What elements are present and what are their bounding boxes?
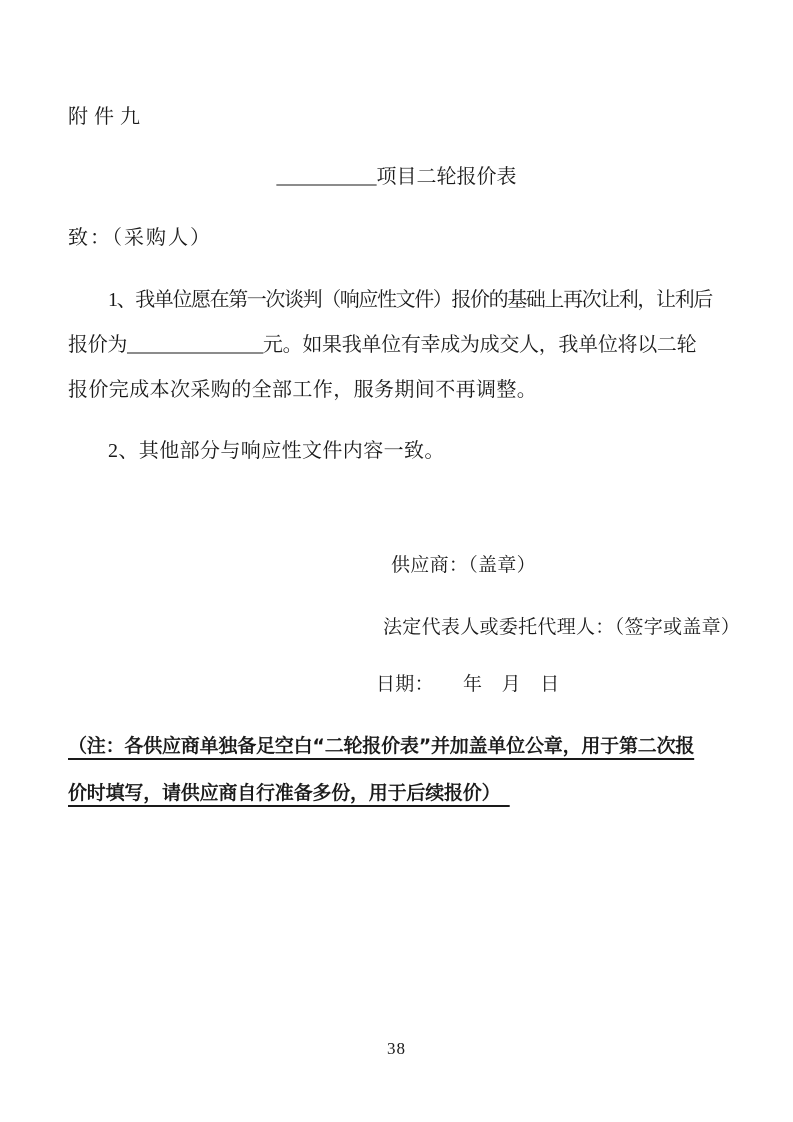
clause-1-line-1: 1、我单位愿在第一次谈判（响应性文件）报价的基础上再次让利，让利后 xyxy=(68,288,712,312)
title-text: 项目二轮报价表 xyxy=(377,166,517,188)
salutation-line: 致：（采购人） xyxy=(68,226,212,250)
document-page: 附件九 __________项目二轮报价表 致：（采购人） 1、我单位愿在第一次… xyxy=(0,0,793,1122)
page-number: 38 xyxy=(0,1039,793,1059)
signature-date-line: 日期： 年 月 日 xyxy=(376,674,560,697)
attachment-label: 附件九 xyxy=(68,105,146,129)
clause-1-price-suffix: 元。如果我单位有幸成为成交人，我单位将以二轮 xyxy=(263,334,696,356)
title-blank-line: __________ xyxy=(277,166,377,188)
clause-1-line-2: 报价为______________元。如果我单位有幸成为成交人，我单位将以二轮 xyxy=(68,333,696,357)
clause-1-price-prefix: 报价为 xyxy=(68,334,127,356)
note-line-1: （注：各供应商单独备足空白“二轮报价表”并加盖单位公章，用于第二次报 xyxy=(68,735,694,758)
note-line-2: 价时填写，请供应商自行准备多份，用于后续报价） xyxy=(68,782,510,805)
signature-supplier-line: 供应商：（盖章） xyxy=(391,555,536,578)
clause-2: 2、其他部分与响应性文件内容一致。 xyxy=(108,439,445,463)
clause-1-line-3: 报价完成本次采购的全部工作，服务期间不再调整。 xyxy=(68,378,537,402)
price-blank-line: ______________ xyxy=(127,334,263,356)
document-title: __________项目二轮报价表 xyxy=(0,165,793,189)
signature-representative-line: 法定代表人或委托代理人：（签字或盖章） xyxy=(383,617,740,640)
